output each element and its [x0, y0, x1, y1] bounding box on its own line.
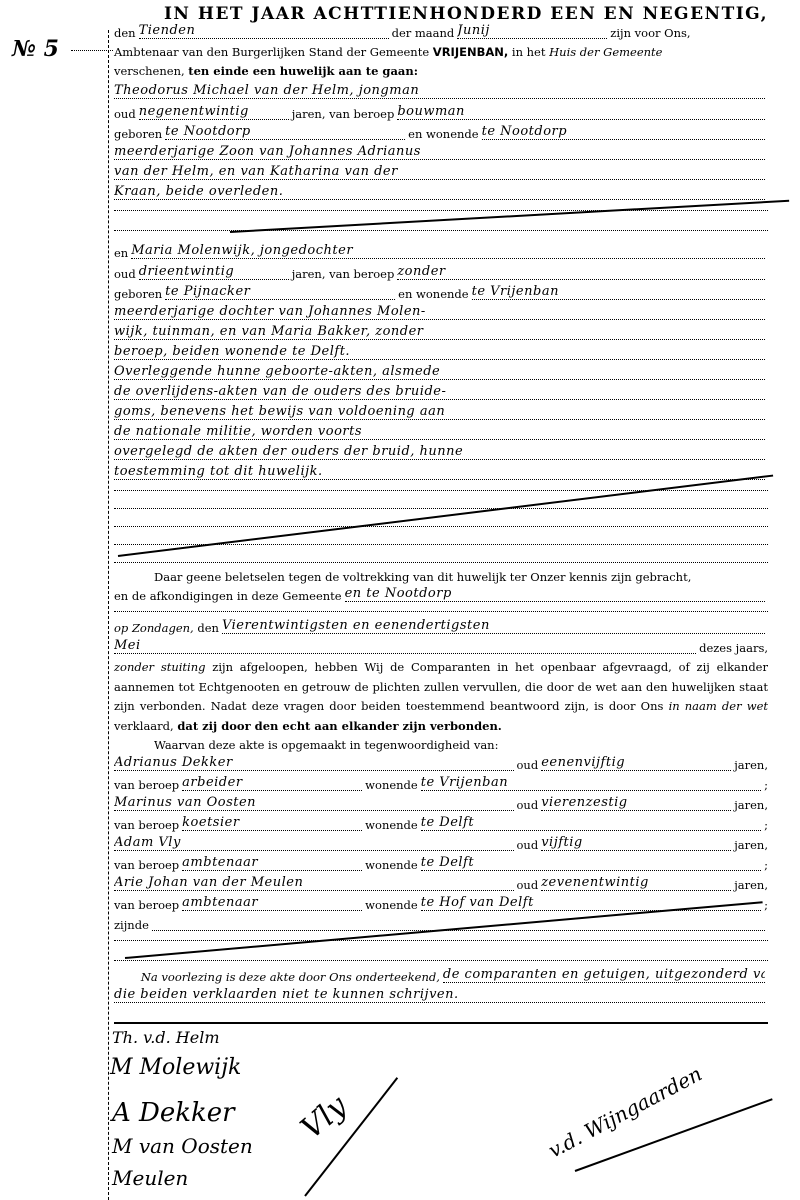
documents-line-4: de nationale militie, worden voorts — [114, 425, 768, 444]
bride-residence-field: te Vrijenban — [472, 285, 765, 300]
signature-registrar: v.d. Wijngaarden — [544, 1061, 706, 1162]
groom-parents-text: Kraan, beide overleden. — [114, 185, 765, 200]
label-oud: oud — [114, 265, 136, 284]
bride-birthplace-field: te Pijnacker — [165, 285, 395, 300]
label-oud: oud — [517, 876, 539, 895]
label-geboren: geboren — [114, 285, 162, 304]
documents-text: Overleggende hunne geboorte-akten, alsme… — [114, 365, 765, 380]
documents-line-3: goms, benevens het bewijs van voldoening… — [114, 405, 768, 424]
witness-3-name-line: Adam Vly oud vijftig jaren, — [114, 836, 768, 855]
witness-4-name-line: Arie Johan van der Meulen oud zevenentwi… — [114, 876, 768, 895]
witnesses-intro: Waarvan deze akte is opgemaakt in tegenw… — [114, 736, 768, 756]
groom-occupation-field: bouwman — [397, 105, 765, 120]
witness-age: vierenzestig — [541, 796, 731, 811]
documents-text: toestemming tot dit huwelijk. — [114, 465, 765, 480]
proclamation-dates-field: Vierentwintigsten en eenendertigsten — [222, 619, 765, 634]
closing-line-2: die beiden verklaarden niet te kunnen sc… — [114, 988, 768, 1007]
witness-1-name-line: Adrianus Dekker oud eenenvijftig jaren, — [114, 756, 768, 775]
cancel-stroke — [230, 200, 789, 233]
documents-line-2: de overlijdens-akten van de ouders des b… — [114, 385, 768, 404]
witness-residence: te Delft — [421, 856, 761, 871]
label-den: den — [197, 619, 219, 638]
bride-name-line: en Maria Molenwijk, jongedochter — [114, 244, 768, 263]
label-wonende: wonende — [365, 816, 418, 835]
witness-occupation: koetsier — [182, 816, 362, 831]
documents-text: goms, benevens het bewijs van voldoening… — [114, 405, 765, 420]
blank-rule — [114, 230, 768, 231]
label-geboren: geboren — [114, 125, 162, 144]
bride-age-line: oud drieentwintig jaren, van beroep zond… — [114, 265, 768, 284]
label-in-het: in het — [512, 43, 546, 62]
number-sign: № — [12, 36, 36, 62]
label-zijnde: zijnde — [114, 916, 149, 935]
closing-line-1: Na voorlezing is deze akte door Ons onde… — [114, 968, 768, 987]
documents-text: de overlijdens-akten van de ouders des b… — [114, 385, 765, 400]
verbonden-text: dat zij door den echt aan elkander zijn … — [177, 719, 501, 733]
groom-parents-text: van der Helm, en van Katharina van der — [114, 165, 765, 180]
groom-parents-line-2: van der Helm, en van Katharina van der — [114, 165, 768, 184]
blank-rule — [114, 940, 768, 941]
groom-parents-text: meerderjarige Zoon van Johannes Adrianus — [114, 145, 765, 160]
label-wonende: wonende — [365, 776, 418, 795]
bride-parents-text: wijk, tuinman, en van Maria Bakker, zond… — [114, 325, 765, 340]
groom-age-field: negenentwintig — [139, 105, 289, 120]
closing-handwritten: die beiden verklaarden niet te kunnen sc… — [114, 988, 765, 1003]
bride-parents-line-1: meerderjarige dochter van Johannes Molen… — [114, 305, 768, 324]
groom-residence-field: te Nootdorp — [482, 125, 765, 140]
label-wonende: en wonende — [408, 125, 478, 144]
closing-text: Na voorlezing is deze akte door Ons onde… — [141, 968, 440, 987]
groom-age-line: oud negenentwintig jaren, van beroep bou… — [114, 105, 768, 124]
signature-witness-1: A Dekker — [112, 1098, 235, 1128]
blank-rule — [114, 490, 768, 491]
label-oud: oud — [114, 105, 136, 124]
label-oud: oud — [517, 796, 539, 815]
proclamation-month-field: Mei — [114, 639, 696, 654]
witness-name: Arie Johan van der Meulen — [114, 876, 514, 891]
label-jaren: jaren, — [734, 756, 768, 775]
label-oud: oud — [517, 756, 539, 775]
witness-residence: te Delft — [421, 816, 761, 831]
intro-date-line: den Tienden der maand Junij zijn voor On… — [114, 24, 768, 43]
groom-birth-line: geboren te Nootdorp en wonende te Nootdo… — [114, 125, 768, 144]
proclamation-places-field: en te Nootdorp — [345, 587, 765, 602]
label-den: den — [114, 24, 136, 43]
blank-rule — [114, 526, 768, 527]
verklaard-text: verklaard, — [114, 719, 174, 733]
witness-name: Marinus van Oosten — [114, 796, 514, 811]
intro-ambtenaar-line: Ambtenaar van den Burgerlijken Stand der… — [114, 43, 768, 62]
bride-age-field: drieentwintig — [139, 265, 289, 280]
groom-name-field: Theodorus Michael van der Helm, jongman — [114, 84, 765, 99]
bride-parents-line-2: wijk, tuinman, en van Maria Bakker, zond… — [114, 325, 768, 344]
groom-parents-line-1: meerderjarige Zoon van Johannes Adrianus — [114, 145, 768, 164]
witness-2-occupation-line: van beroep koetsier wonende te Delft ; — [114, 816, 768, 835]
signature-witness-3: Vly — [294, 1089, 353, 1147]
in-naam-der-wet: in naam der wet — [669, 699, 768, 713]
proclamation-body: zonder stuiting zijn afgeloopen, hebben … — [114, 658, 768, 736]
closing-rule — [114, 1022, 768, 1024]
documents-text: de nationale militie, worden voorts — [114, 425, 765, 440]
documents-line-6: toestemming tot dit huwelijk. — [114, 465, 768, 484]
witness-occupation: arbeider — [182, 776, 362, 791]
label-dezes-jaars: dezes jaars, — [699, 639, 768, 658]
signature-groom: Th. v.d. Helm — [112, 1028, 220, 1047]
witness-name: Adrianus Dekker — [114, 756, 514, 771]
month-field: Junij — [457, 24, 607, 39]
documents-line-5: overgelegd de akten der ouders der bruid… — [114, 445, 768, 464]
municipality-name: VRIJENBAN, — [433, 43, 508, 62]
witness-age: zevenentwintig — [541, 876, 731, 891]
groom-birthplace-field: te Nootdorp — [165, 125, 405, 140]
bride-occupation-field: zonder — [397, 265, 765, 280]
proclamation-places-line: en de afkondigingen in deze Gemeente en … — [114, 587, 768, 606]
blank-rule — [114, 611, 768, 612]
witness-age: eenenvijftig — [541, 756, 731, 771]
label-verschenen: verschenen, — [114, 62, 185, 81]
proclamation-dates-line-2: Mei dezes jaars, — [114, 639, 768, 658]
label-ambtenaar: Ambtenaar van den Burgerlijken Stand der… — [114, 43, 429, 62]
label-jaren-beroep: jaren, van beroep — [292, 105, 395, 124]
label-van-beroep: van beroep — [114, 896, 179, 915]
bride-name-field: Maria Molenwijk, jongedochter — [131, 244, 765, 259]
blank-rule — [114, 508, 768, 509]
margin-rule — [108, 30, 109, 1200]
witness-residence: te Hof van Delft — [421, 896, 761, 911]
label-van-beroep: van beroep — [114, 856, 179, 875]
certificate-title: IN HET JAAR ACHTTIENHONDERD EEN EN NEGEN… — [146, 4, 786, 24]
documents-line-1: Overleggende hunne geboorte-akten, alsme… — [114, 365, 768, 384]
intro-verschenen-line: verschenen, ten einde een huwelijk aan t… — [114, 62, 768, 81]
label-wonende: wonende — [365, 896, 418, 915]
witness-occupation: ambtenaar — [182, 856, 362, 871]
akte-number: № 5 — [12, 36, 113, 62]
label-op-zondagen: op Zondagen, — [114, 619, 194, 638]
label-wonende: wonende — [365, 856, 418, 875]
proclamation-intro: Daar geene beletselen tegen de voltrekki… — [114, 568, 768, 588]
zijnde-line: zijnde — [114, 916, 768, 935]
blank-rule — [114, 562, 768, 563]
label-jaren: jaren, — [734, 836, 768, 855]
label-huis-der-gemeente: Huis der Gemeente — [549, 43, 662, 62]
signature-witness-4: Meulen — [112, 1166, 188, 1190]
bride-parents-text: beroep, beiden wonende te Delft. — [114, 345, 765, 360]
bride-parents-line-3: beroep, beiden wonende te Delft. — [114, 345, 768, 364]
proclamation-dates-line-1: op Zondagen, den Vierentwintigsten en ee… — [114, 619, 768, 638]
label-jaren-beroep: jaren, van beroep — [292, 265, 395, 284]
label-van-beroep: van beroep — [114, 816, 179, 835]
label-van-beroep: van beroep — [114, 776, 179, 795]
bride-parents-text: meerderjarige dochter van Johannes Molen… — [114, 305, 765, 320]
blank-rule — [114, 960, 768, 961]
label-jaren: jaren, — [734, 796, 768, 815]
marriage-certificate-page: IN HET JAAR ACHTTIENHONDERD EEN EN NEGEN… — [0, 0, 800, 1200]
label-zijn-voor-ons: zijn voor Ons, — [610, 24, 690, 43]
groom-name-line: Theodorus Michael van der Helm, jongman — [114, 84, 768, 103]
label-der-maand: der maand — [392, 24, 455, 43]
label-jaren: jaren, — [734, 876, 768, 895]
witness-4-occupation-line: van beroep ambtenaar wonende te Hof van … — [114, 896, 768, 915]
documents-text: overgelegd de akten der ouders der bruid… — [114, 445, 765, 460]
label-oud: oud — [517, 836, 539, 855]
label-afkondigingen: en de afkondigingen in deze Gemeente — [114, 587, 342, 606]
bride-birth-line: geboren te Pijnacker en wonende te Vrije… — [114, 285, 768, 304]
label-wonende: en wonende — [398, 285, 468, 304]
witness-2-name-line: Marinus van Oosten oud vierenzestig jare… — [114, 796, 768, 815]
closing-handwritten: de comparanten en getuigen, uitgezonderd… — [443, 968, 765, 983]
witness-age: vijftig — [541, 836, 731, 851]
zonder-stuiting: zonder stuiting — [114, 660, 206, 674]
label-en: en — [114, 244, 128, 263]
witness-1-occupation-line: van beroep arbeider wonende te Vrijenban… — [114, 776, 768, 795]
signature-witness-2: M van Oosten — [112, 1134, 253, 1158]
number-dots — [71, 49, 113, 51]
witness-residence: te Vrijenban — [421, 776, 761, 791]
blank-rule — [114, 210, 768, 211]
day-field: Tienden — [139, 24, 389, 39]
signature-bride: M Molewijk — [110, 1055, 241, 1080]
witness-occupation: ambtenaar — [182, 896, 362, 911]
witness-name: Adam Vly — [114, 836, 514, 851]
number-value: 5 — [44, 36, 59, 62]
groom-parents-line-3: Kraan, beide overleden. — [114, 185, 768, 204]
witness-3-occupation-line: van beroep ambtenaar wonende te Delft ; — [114, 856, 768, 875]
label-purpose: ten einde een huwelijk aan te gaan: — [188, 62, 418, 81]
